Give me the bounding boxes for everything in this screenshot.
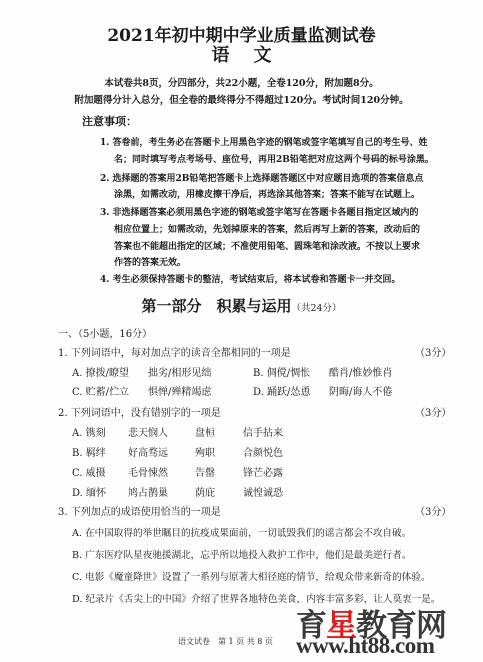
question-2-stem: 2. 下列词语中，没有错别字的一项是 (58, 404, 221, 419)
notice-line: 涂黑，如需改动，用橡皮擦干净后，再选涂其他答案；答案不能写在试题上。 (114, 187, 420, 200)
part-title: 第一部分 积累与运用 (141, 297, 291, 315)
question-2-score: （3分） (415, 404, 451, 419)
option-word: 诚惶诚恐 (243, 484, 283, 499)
option-word: 信手拈来 (243, 424, 283, 439)
part-points: （共24分） (291, 303, 341, 314)
option-word: 盘桓 (195, 424, 215, 439)
notice-item-4: 4. 考生必须保持答题卡的整洁，考试结束后，将本试卷和答题卡一并交回。 (100, 272, 401, 285)
option-a: A. 撩拨/瞭望 (72, 364, 129, 379)
option-b: B. 广东医疗队星夜驰援湖北，忘乎所以地投入救护工作中，他们是最美逆行者。 (72, 547, 411, 561)
option-word: 悲天悯人 (128, 424, 168, 439)
option-word: 毛骨悚然 (128, 464, 168, 479)
notice-item-2: 2. 选择题的答案用2B铅笔把答题卡上选择题答题区中对应题目选项的答案信息点 (100, 171, 423, 184)
notice-line: 非选择题答案必须用黑色字迹的钢笔或签字笔写在答题卡各题目指定区域内的 (113, 208, 419, 218)
option-d: D. 踊跃/怂恿 (253, 383, 310, 398)
option-word: 合颜悦色 (243, 444, 283, 459)
intro-line: 附加题得分计入总分，但全卷的最终得分不得超过120分。考试时间120分钟。 (0, 92, 483, 106)
item-num: 3. (100, 208, 109, 218)
part-heading: 第一部分 积累与运用（共24分） (0, 295, 483, 316)
question-3-score: （3分） (415, 503, 451, 518)
option-b: B. 倜傥/惆怅 (253, 364, 310, 379)
question-3-stem: 3. 下列加点的成语使用恰当的一项是 (58, 503, 221, 518)
notice-line: 考生必须保持答题卡的整洁，考试结束后，将本试卷和答题卡一并交回。 (113, 275, 401, 285)
notice-item-3: 3. 非选择题答案必须用黑色字迹的钢笔或签字笔写在答题卡各题目指定区域内的 (100, 205, 419, 218)
option-word: 锋芒必露 (243, 464, 283, 479)
option-b-2: 酷肖/惟妙惟肖 (329, 364, 392, 379)
notice-line: 名；同时填写考点考场号、座位号，再用2B铅笔把对应这两个号码的标号涂黑。 (114, 152, 434, 165)
option-word: 好高骛远 (128, 444, 168, 459)
option-c: C. 贮蓄/伫立 (72, 383, 129, 398)
notice-line: 相应位置上；如需改动，先划掉原来的答案，然后再写上新的答案，改动后的 (114, 222, 420, 235)
notice-line: 作答的答案无效。 (114, 255, 186, 268)
item-num: 4. (100, 275, 109, 285)
notice-line: 选择题的答案用2B铅笔把答题卡上选择题答题区中对应题目选项的答案信息点 (113, 174, 424, 184)
subject-title: 语文 (0, 41, 483, 67)
notice-line: 答卷前，考生务必在答题卡上用黑色字迹的钢笔或签字笔填写自己的考生号、姓 (113, 138, 428, 148)
question-1-stem: 1. 下列词语中，每对加点字的读音全都相同的一项是 (58, 344, 291, 359)
subject-char: 文 (254, 41, 272, 67)
intro-line: 本试卷共8页，分四部分，共22小题，全卷120分，附加题8分。 (0, 75, 483, 89)
option-word: 鸠占鹊巢 (128, 484, 168, 499)
option-c: C. 威摄 (72, 464, 106, 479)
item-num: 1. (100, 138, 109, 148)
option-word: 告罄 (195, 464, 215, 479)
option-word: 荫庇 (195, 484, 215, 499)
item-num: 2. (100, 174, 109, 184)
question-1-score: （3分） (415, 344, 451, 359)
option-d: D. 缅怀 (72, 484, 106, 499)
subject-char: 语 (212, 41, 230, 67)
option-c: C. 电影《魔童降世》设置了一系列与原著大相径庭的情节，给观众带来新奇的体验。 (72, 569, 430, 583)
section-heading: 一、（5小题，16分） (58, 325, 152, 340)
option-a-2: 拙劣/相形见绌 (148, 364, 211, 379)
watermark-url: www.ht88.com (296, 633, 434, 659)
option-a: A. 镌刻 (72, 424, 106, 439)
notice-line: 答案也不能超出指定的区域；不准使用铅笔、圆珠笔和涂改液。不按以上要求 (114, 239, 420, 252)
option-word: 殉职 (195, 444, 215, 459)
option-c-2: 惧惮/殚精竭虑 (148, 383, 211, 398)
notice-heading: 注意事项： (82, 113, 137, 129)
page-footer: 语文试卷 第 1 页 共 8 页 (178, 636, 273, 647)
notice-item-1: 1. 答卷前，考生务必在答题卡上用黑色字迹的钢笔或签字笔填写自己的考生号、姓 (100, 135, 428, 148)
option-d-2: 阴晦/诲人不倦 (329, 383, 392, 398)
option-a: A. 在中国取得的举世瞩目的抗疫成果面前，一切诋毁我们的谣言都会不攻自破。 (72, 525, 411, 539)
option-b: B. 羁绊 (72, 444, 106, 459)
